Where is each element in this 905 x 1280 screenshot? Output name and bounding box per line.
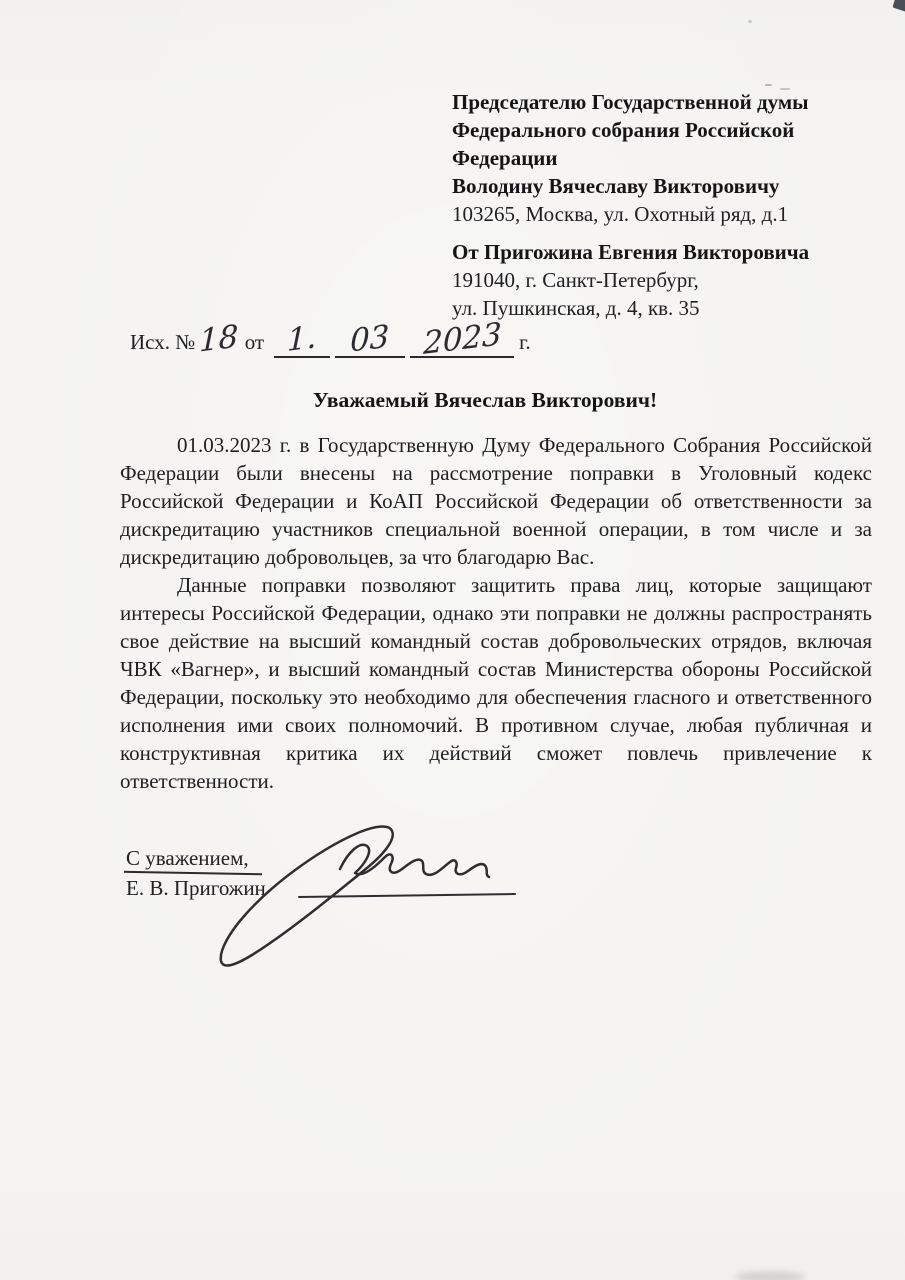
- handwritten-date-day: 1.: [287, 324, 317, 354]
- ref-from-word: от: [245, 328, 264, 356]
- letter-page: Председателю Государственной думы Федера…: [0, 0, 905, 1280]
- scan-speck: [748, 20, 752, 23]
- recipient-line: Федерации: [452, 144, 809, 172]
- recipient-line: Председателю Государственной думы: [452, 88, 809, 116]
- handwritten-date-month-field: 03: [335, 326, 405, 358]
- sender-address-line: 191040, г. Санкт-Петербург,: [452, 266, 809, 294]
- sender-address-line: ул. Пушкинская, д. 4, кв. 35: [452, 294, 809, 322]
- ref-prefix: Исх. №: [130, 328, 195, 356]
- ref-suffix: г.: [519, 328, 531, 356]
- recipient-address-line: 103265, Москва, ул. Охотный ряд, д.1: [452, 200, 809, 228]
- sender-address-block: От Пригожина Евгения Викторовича 191040,…: [452, 238, 809, 322]
- handwritten-date-year: 2023: [423, 321, 502, 357]
- outgoing-reference-line: Исх. № 18 от 1. 03 2023 г.: [130, 326, 531, 370]
- recipient-address-block: Председателю Государственной думы Федера…: [452, 88, 809, 228]
- handwritten-signature-icon: [192, 812, 532, 972]
- handwritten-ref-number: 18: [199, 323, 239, 354]
- scan-speck: [780, 88, 790, 90]
- handwritten-date-day-field: 1.: [274, 326, 330, 358]
- body-paragraph: 01.03.2023 г. в Государственную Думу Фед…: [120, 431, 872, 571]
- scan-smudge: [735, 1271, 805, 1280]
- sender-line: От Пригожина Евгения Викторовича: [452, 238, 809, 266]
- recipient-line: Федерального собрания Российской: [452, 116, 809, 144]
- scan-speck: [765, 84, 772, 86]
- body-paragraph: Данные поправки позволяют защитить права…: [120, 571, 872, 795]
- letter-body: 01.03.2023 г. в Государственную Думу Фед…: [120, 431, 872, 795]
- salutation: Уважаемый Вячеслав Викторович!: [100, 386, 870, 414]
- handwritten-date-month: 03: [350, 323, 390, 354]
- recipient-line: Володину Вячеславу Викторовичу: [452, 172, 809, 200]
- handwritten-date-year-field: 2023: [410, 326, 514, 358]
- scan-corner-artifact: [892, 0, 905, 12]
